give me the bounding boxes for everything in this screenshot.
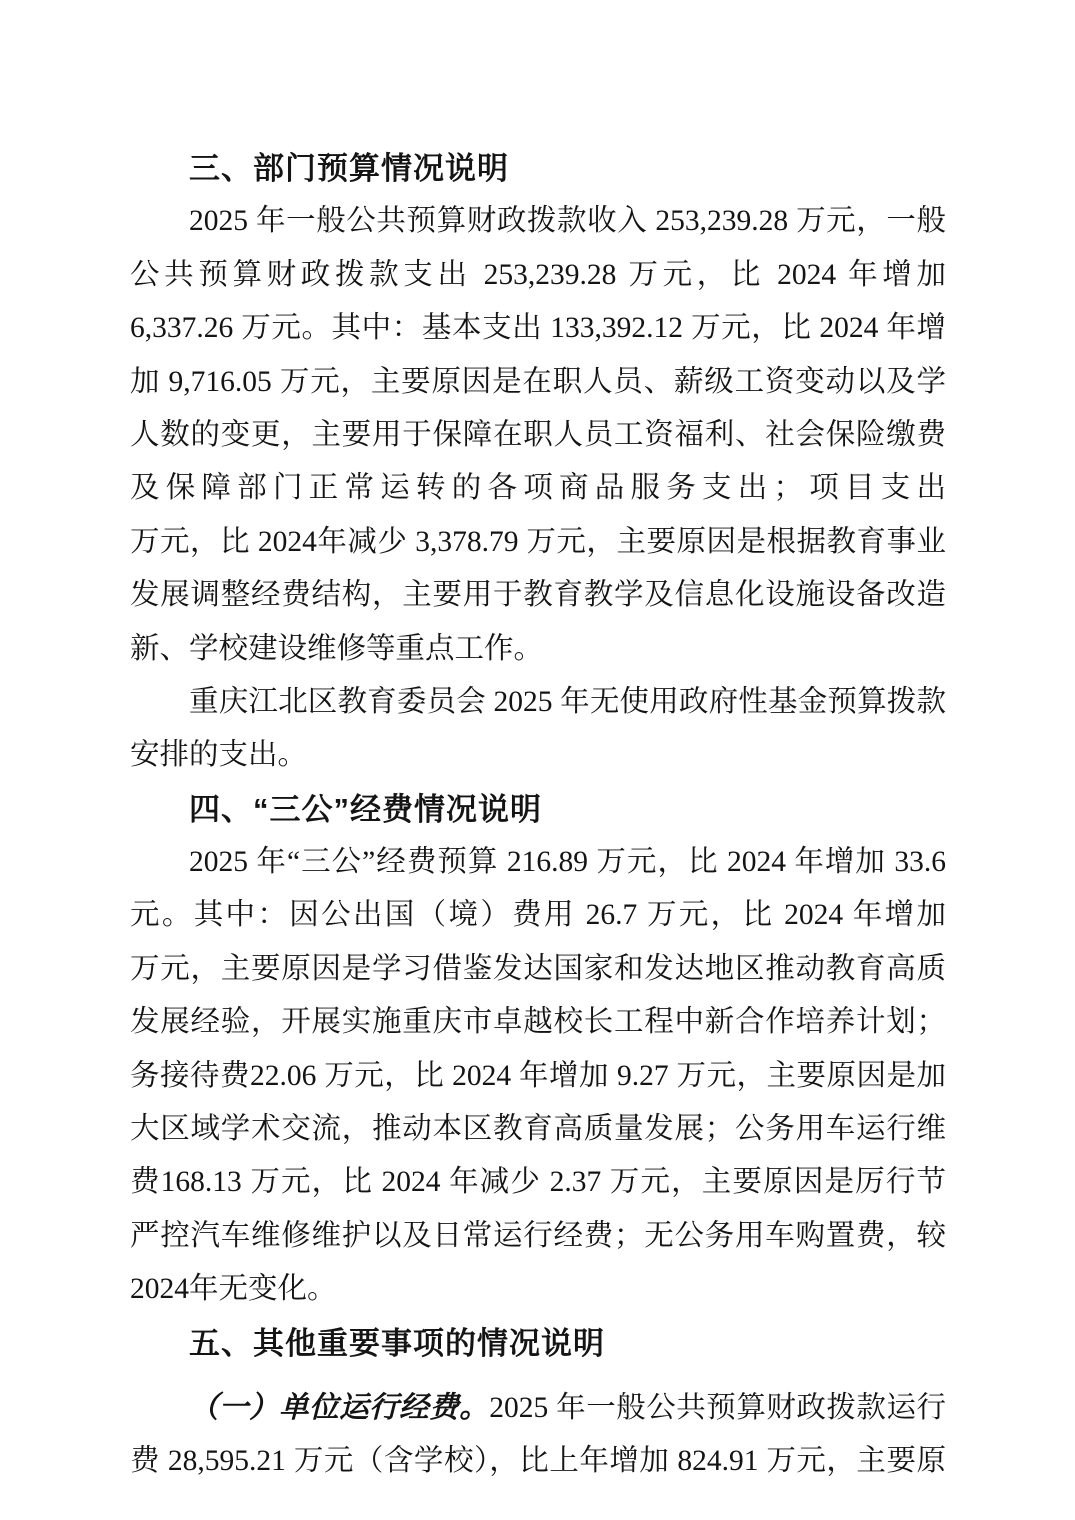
document-page-canvas: 三、部门预算情况说明2025 年一般公共预算财政拨款收入 253,239.28 … — [0, 0, 1075, 1520]
kai-emphasis-lead: （一）单位运行经费。 — [189, 1392, 489, 1424]
section-heading: 五、其他重要事项的情况说明 — [130, 1317, 946, 1370]
paragraph-line: 万元，比 2024年减少 3,378.79 万元，主要原因是根据教育事业 — [130, 516, 946, 569]
section-heading: 三、部门预算情况说明 — [130, 142, 946, 195]
paragraph-line: 新、学校建设维修等重点工作。 — [130, 623, 946, 676]
paragraph-line: 及保障部门正常运转的各项商品服务支出；项目支出 11,9847.16 — [130, 462, 946, 515]
paragraph-line: 务接待费22.06 万元，比 2024 年增加 9.27 万元，主要原因是加 — [130, 1050, 946, 1103]
paragraph-line: 人数的变更，主要用于保障在职人员工资福利、社会保险缴费以 — [130, 409, 946, 462]
paragraph-line: 公共预算财政拨款支出 253,239.28 万元，比 2024 年增加 — [130, 249, 946, 302]
paragraph-line: 6,337.26 万元。其中：基本支出 133,392.12 万元，比 2024… — [130, 302, 946, 355]
paragraph-line: 元。其中：因公出国（境）费用 26.7 万元，比 2024 年增加 26.7 — [130, 889, 946, 942]
paragraph-line: 发展经验，开展实施重庆市卓越校长工程中新合作培养计划；公 — [130, 996, 946, 1049]
paragraph-line: 重庆江北区教育委员会 2025 年无使用政府性基金预算拨款 — [130, 676, 946, 729]
paragraph-line: 大区域学术交流，推动本区教育高质量发展；公务用车运行维护 — [130, 1103, 946, 1156]
paragraph-line: 2025 年“三公”经费预算 216.89 万元，比 2024 年增加 33.6… — [130, 836, 946, 889]
paragraph-line: 2025 年一般公共预算财政拨款收入 253,239.28 万元，一般 — [130, 195, 946, 248]
paragraph-line: 严控汽车维修维护以及日常运行经费；无公务用车购置费，较 — [130, 1210, 946, 1263]
paragraph-line: 2024年无变化。 — [130, 1263, 946, 1316]
paragraph-line: 万元，主要原因是学习借鉴发达国家和发达地区推动教育高质量 — [130, 943, 946, 996]
paragraph-line: （一）单位运行经费。2025 年一般公共预算财政拨款运行经 — [130, 1382, 946, 1435]
section-heading: 四、“三公”经费情况说明 — [130, 783, 946, 836]
paragraph-line: 加 9,716.05 万元，主要原因是在职人员、薪级工资变动以及学生 — [130, 356, 946, 409]
document-page: 三、部门预算情况说明2025 年一般公共预算财政拨款收入 253,239.28 … — [130, 142, 946, 1489]
paragraph-line: 费168.13 万元，比 2024 年减少 2.37 万元，主要原因是厉行节约， — [130, 1156, 946, 1209]
paragraph-line: 发展调整经费结构，主要用于教育教学及信息化设施设备改造更 — [130, 569, 946, 622]
paragraph-line: 安排的支出。 — [130, 729, 946, 782]
paragraph-line: 费 28,595.21 万元（含学校），比上年增加 824.91 万元，主要原因 — [130, 1435, 946, 1488]
